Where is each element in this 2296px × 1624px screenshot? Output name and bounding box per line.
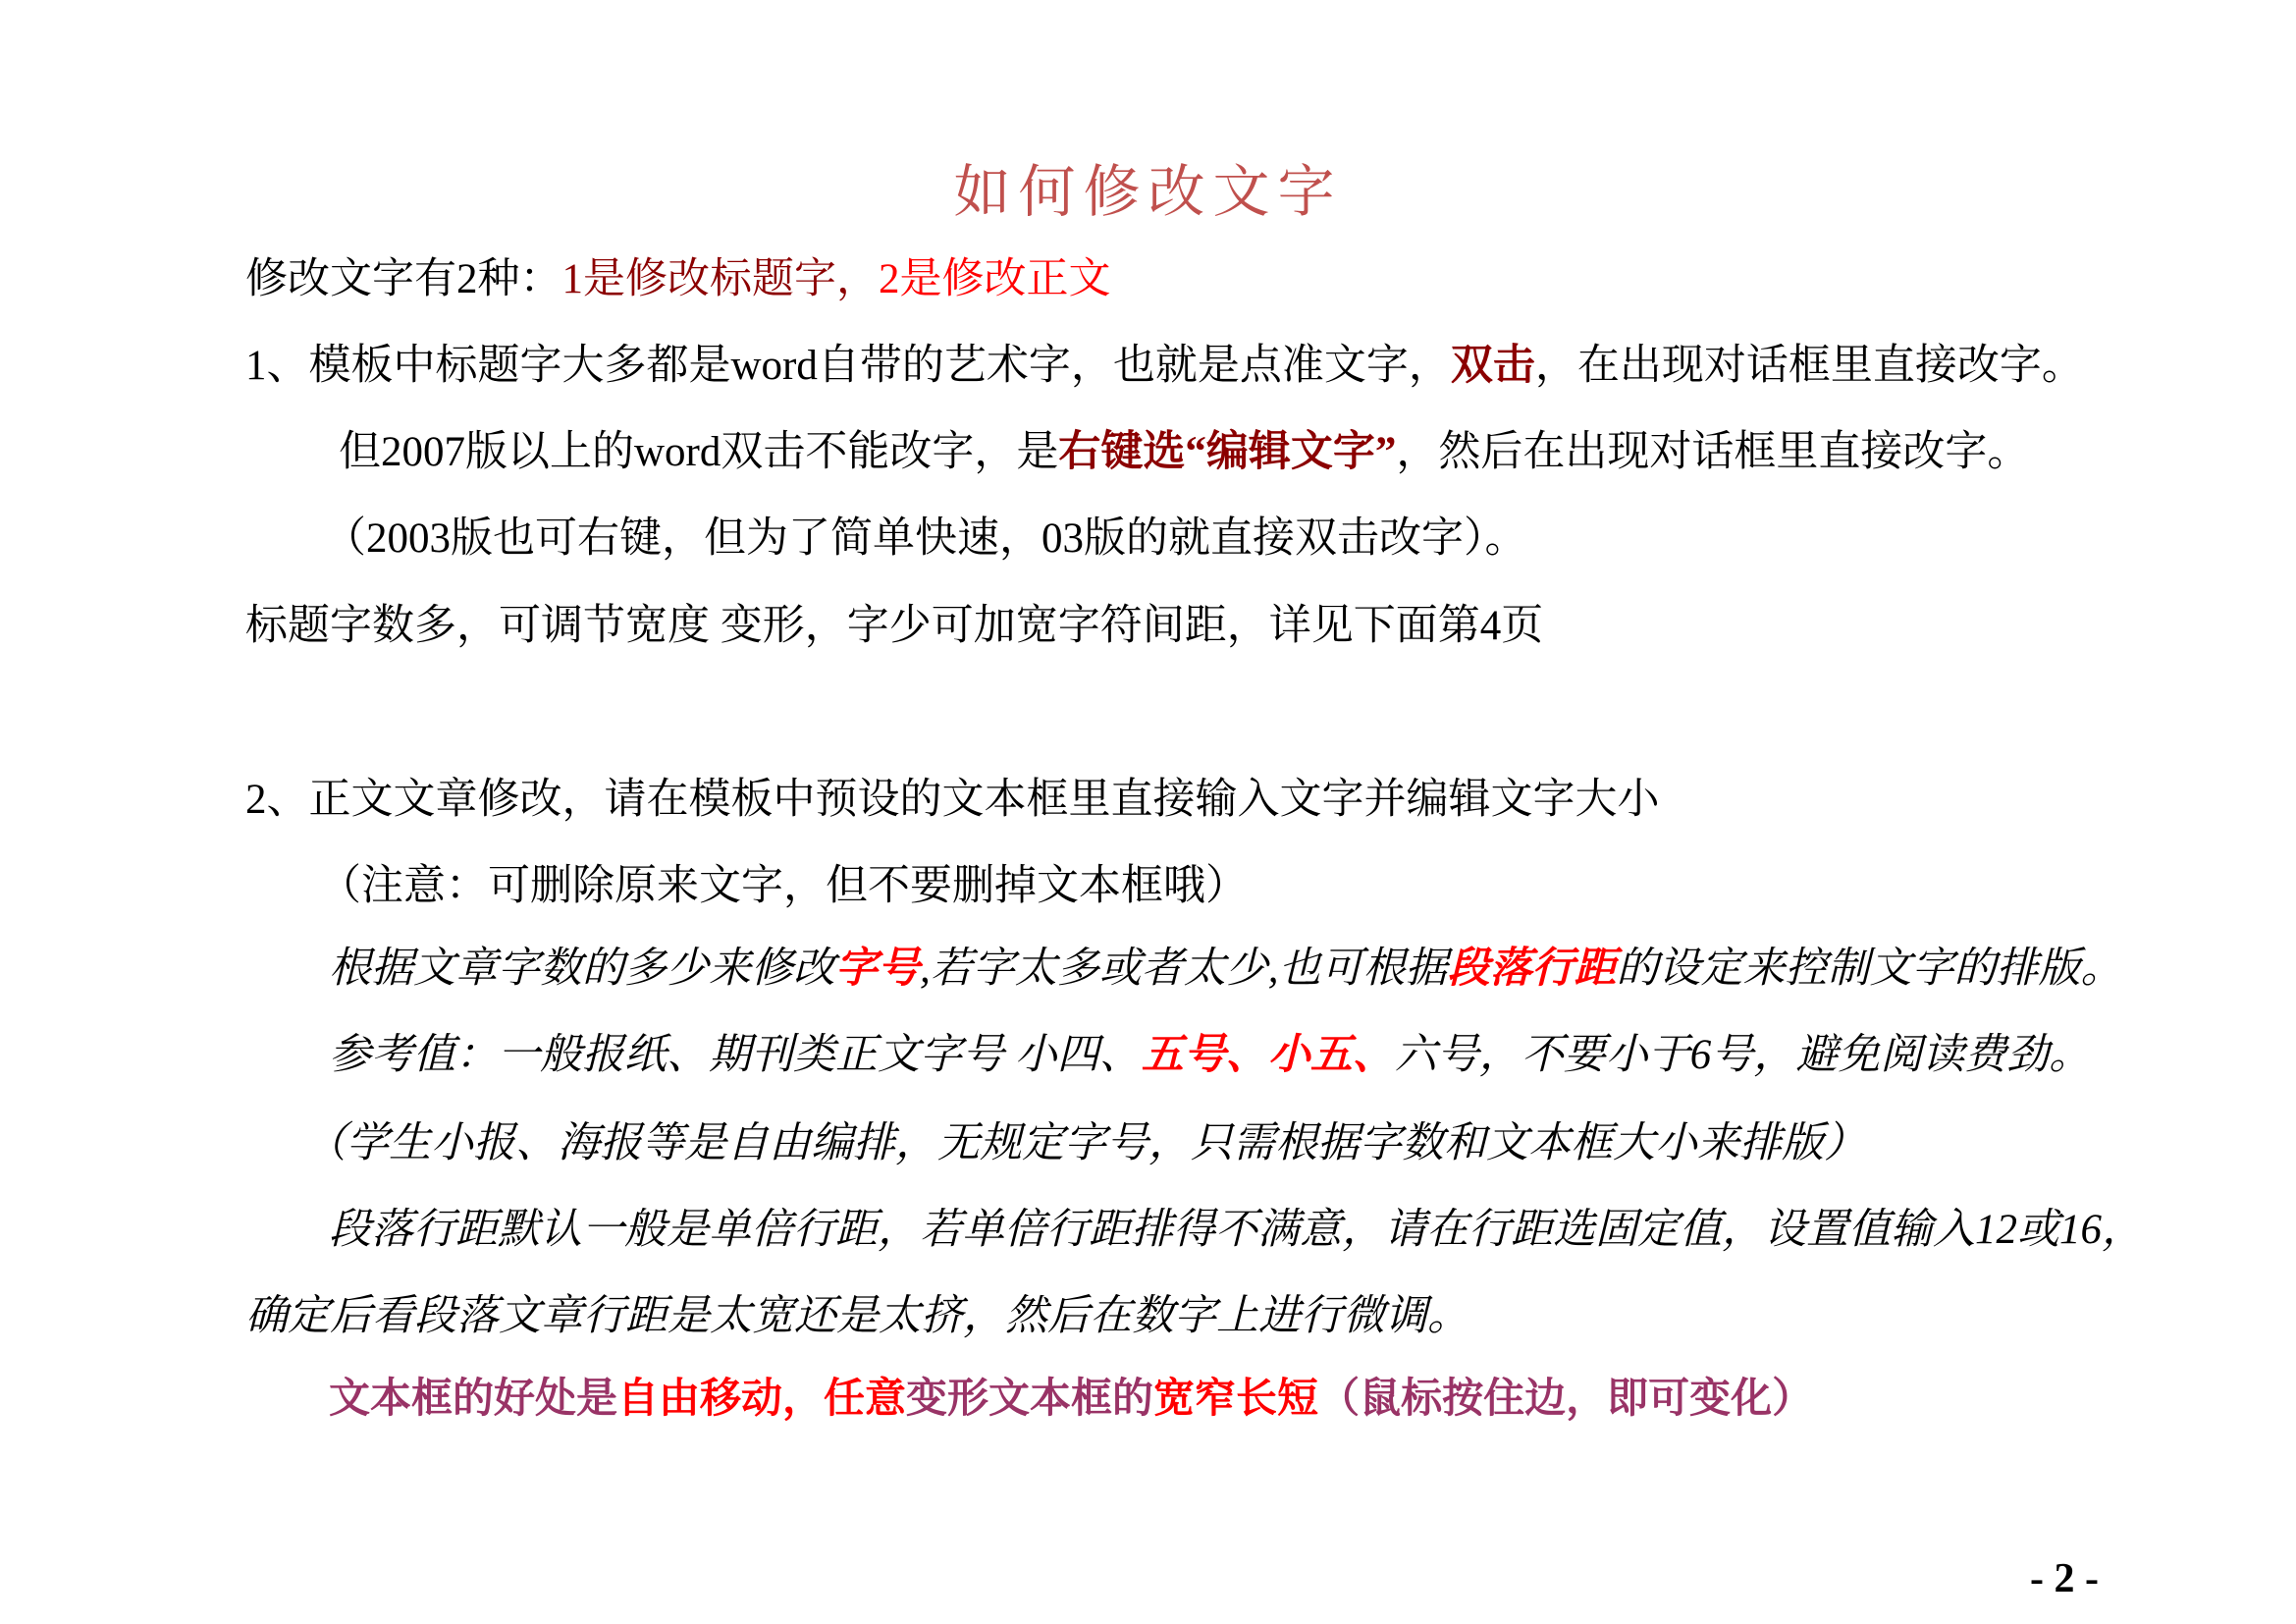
paragraph-kai-reference: 参考值：一般报纸、期刊类正文字号 小四、五号、小五、六号，不要小于6号，避免阅读… xyxy=(329,1029,2091,1082)
paragraph-item1: 1、模板中标题字大多都是word自带的艺术字，也就是点准文字，双击，在出现对话框… xyxy=(245,340,2084,393)
text-run: 1、模板中标题字大多都是word自带的艺术字，也就是点准文字， xyxy=(245,343,1451,389)
text-run: 2、正文文章修改，请在模板中预设的文本框里直接输入文字并编辑文字大小 xyxy=(245,777,1660,823)
text-run: 文本框的好处是 xyxy=(329,1375,617,1421)
page-title: 如何修改文字 xyxy=(0,145,2296,228)
text-run: （2003版也可右键，但为了简单快速，03版的就直接双击改字）。 xyxy=(324,515,1527,562)
paragraph-intro: 修改文字有2种：1是修改标题字，2是修改正文 xyxy=(245,253,1111,306)
text-run: 右键选“编辑文字” xyxy=(1058,429,1396,475)
text-run: 1是修改标题字， xyxy=(562,256,880,302)
text-run: 根据文章字数的多少来修改 xyxy=(329,946,835,992)
page-number: - 2 - xyxy=(2030,1555,2099,1602)
paragraph-highlight-textbox: 文本框的好处是自由移动，任意变形文本框的宽窄长短（鼠标按住边，即可变化） xyxy=(329,1373,1813,1425)
paragraph-item1-sub2: （2003版也可右键，但为了简单快速，03版的就直接双击改字）。 xyxy=(324,513,1527,566)
document-page: 如何修改文字 修改文字有2种：1是修改标题字，2是修改正文 1、模板中标题字大多… xyxy=(0,0,2296,1624)
text-run: 宽窄长短 xyxy=(1153,1375,1318,1421)
paragraph-kai-font-size: 根据文章字数的多少来修改字号,若字太多或者太少,也可根据段落行距的设定来控制文字… xyxy=(329,943,2123,996)
text-run: 六号，不要小于6号，避免阅读费劲。 xyxy=(1395,1032,2092,1078)
text-run: 变形文本框的 xyxy=(906,1375,1153,1421)
paragraph-kai-note: （学生小报、海报等是自由编排，无规定字号，只需根据字数和文本框大小来排版） xyxy=(304,1117,1866,1170)
text-run: （注意：可删除原来文字，但不要删掉文本框哦） xyxy=(319,863,1248,909)
text-run: 字号 xyxy=(835,946,920,992)
text-run: 2是修改正文 xyxy=(879,256,1111,302)
text-run: 修改文字有2种： xyxy=(245,256,562,302)
paragraph-kai-linespacing-1: 段落行距默认一般是单倍行距，若单倍行距排得不满意，请在行距选固定值，设置值输入1… xyxy=(329,1204,2144,1257)
paragraph-item2: 2、正文文章修改，请在模板中预设的文本框里直接输入文字并编辑文字大小 xyxy=(245,774,1660,827)
paragraph-item2-note: （注意：可删除原来文字，但不要删掉文本框哦） xyxy=(319,860,1248,913)
text-run: ，然后在出现对话框里直接改字。 xyxy=(1396,429,2029,475)
text-run: 双击 xyxy=(1451,343,1535,389)
text-run: 参考值：一般报纸、期刊类正文字号 小四、 xyxy=(329,1032,1142,1078)
text-run: 的设定来控制文字的排版。 xyxy=(1617,946,2123,992)
text-run: 段落行距默认一般是单倍行距，若单倍行距排得不满意，请在行距选固定值，设置值输入1… xyxy=(329,1207,2144,1253)
text-run: 但2007版以上的word双击不能改字，是 xyxy=(339,429,1058,475)
text-run: （学生小报、海报等是自由编排，无规定字号，只需根据字数和文本框大小来排版） xyxy=(304,1120,1866,1166)
text-run: ，在出现对话框里直接改字。 xyxy=(1535,343,2084,389)
paragraph-kai-linespacing-2: 确定后看段落文章行距是太宽还是太挤，然后在数字上进行微调。 xyxy=(245,1290,1469,1343)
text-run: 标题字数多，可调节宽度 变形，字少可加宽字符间距，详见下面第4页 xyxy=(245,603,1543,649)
paragraph-item1-note: 标题字数多，可调节宽度 变形，字少可加宽字符间距，详见下面第4页 xyxy=(245,600,1543,653)
text-run: 五号、小五、 xyxy=(1142,1032,1395,1078)
text-run: 段落行距 xyxy=(1448,946,1617,992)
paragraph-item1-sub1: 但2007版以上的word双击不能改字，是右键选“编辑文字”，然后在出现对话框里… xyxy=(339,426,2029,479)
text-run: ,若字太多或者太少,也可根据 xyxy=(920,946,1448,992)
text-run: 确定后看段落文章行距是太宽还是太挤，然后在数字上进行微调。 xyxy=(245,1293,1469,1339)
text-run: （鼠标按住边，即可变化） xyxy=(1318,1375,1813,1421)
text-run: 自由移动，任意 xyxy=(617,1375,906,1421)
